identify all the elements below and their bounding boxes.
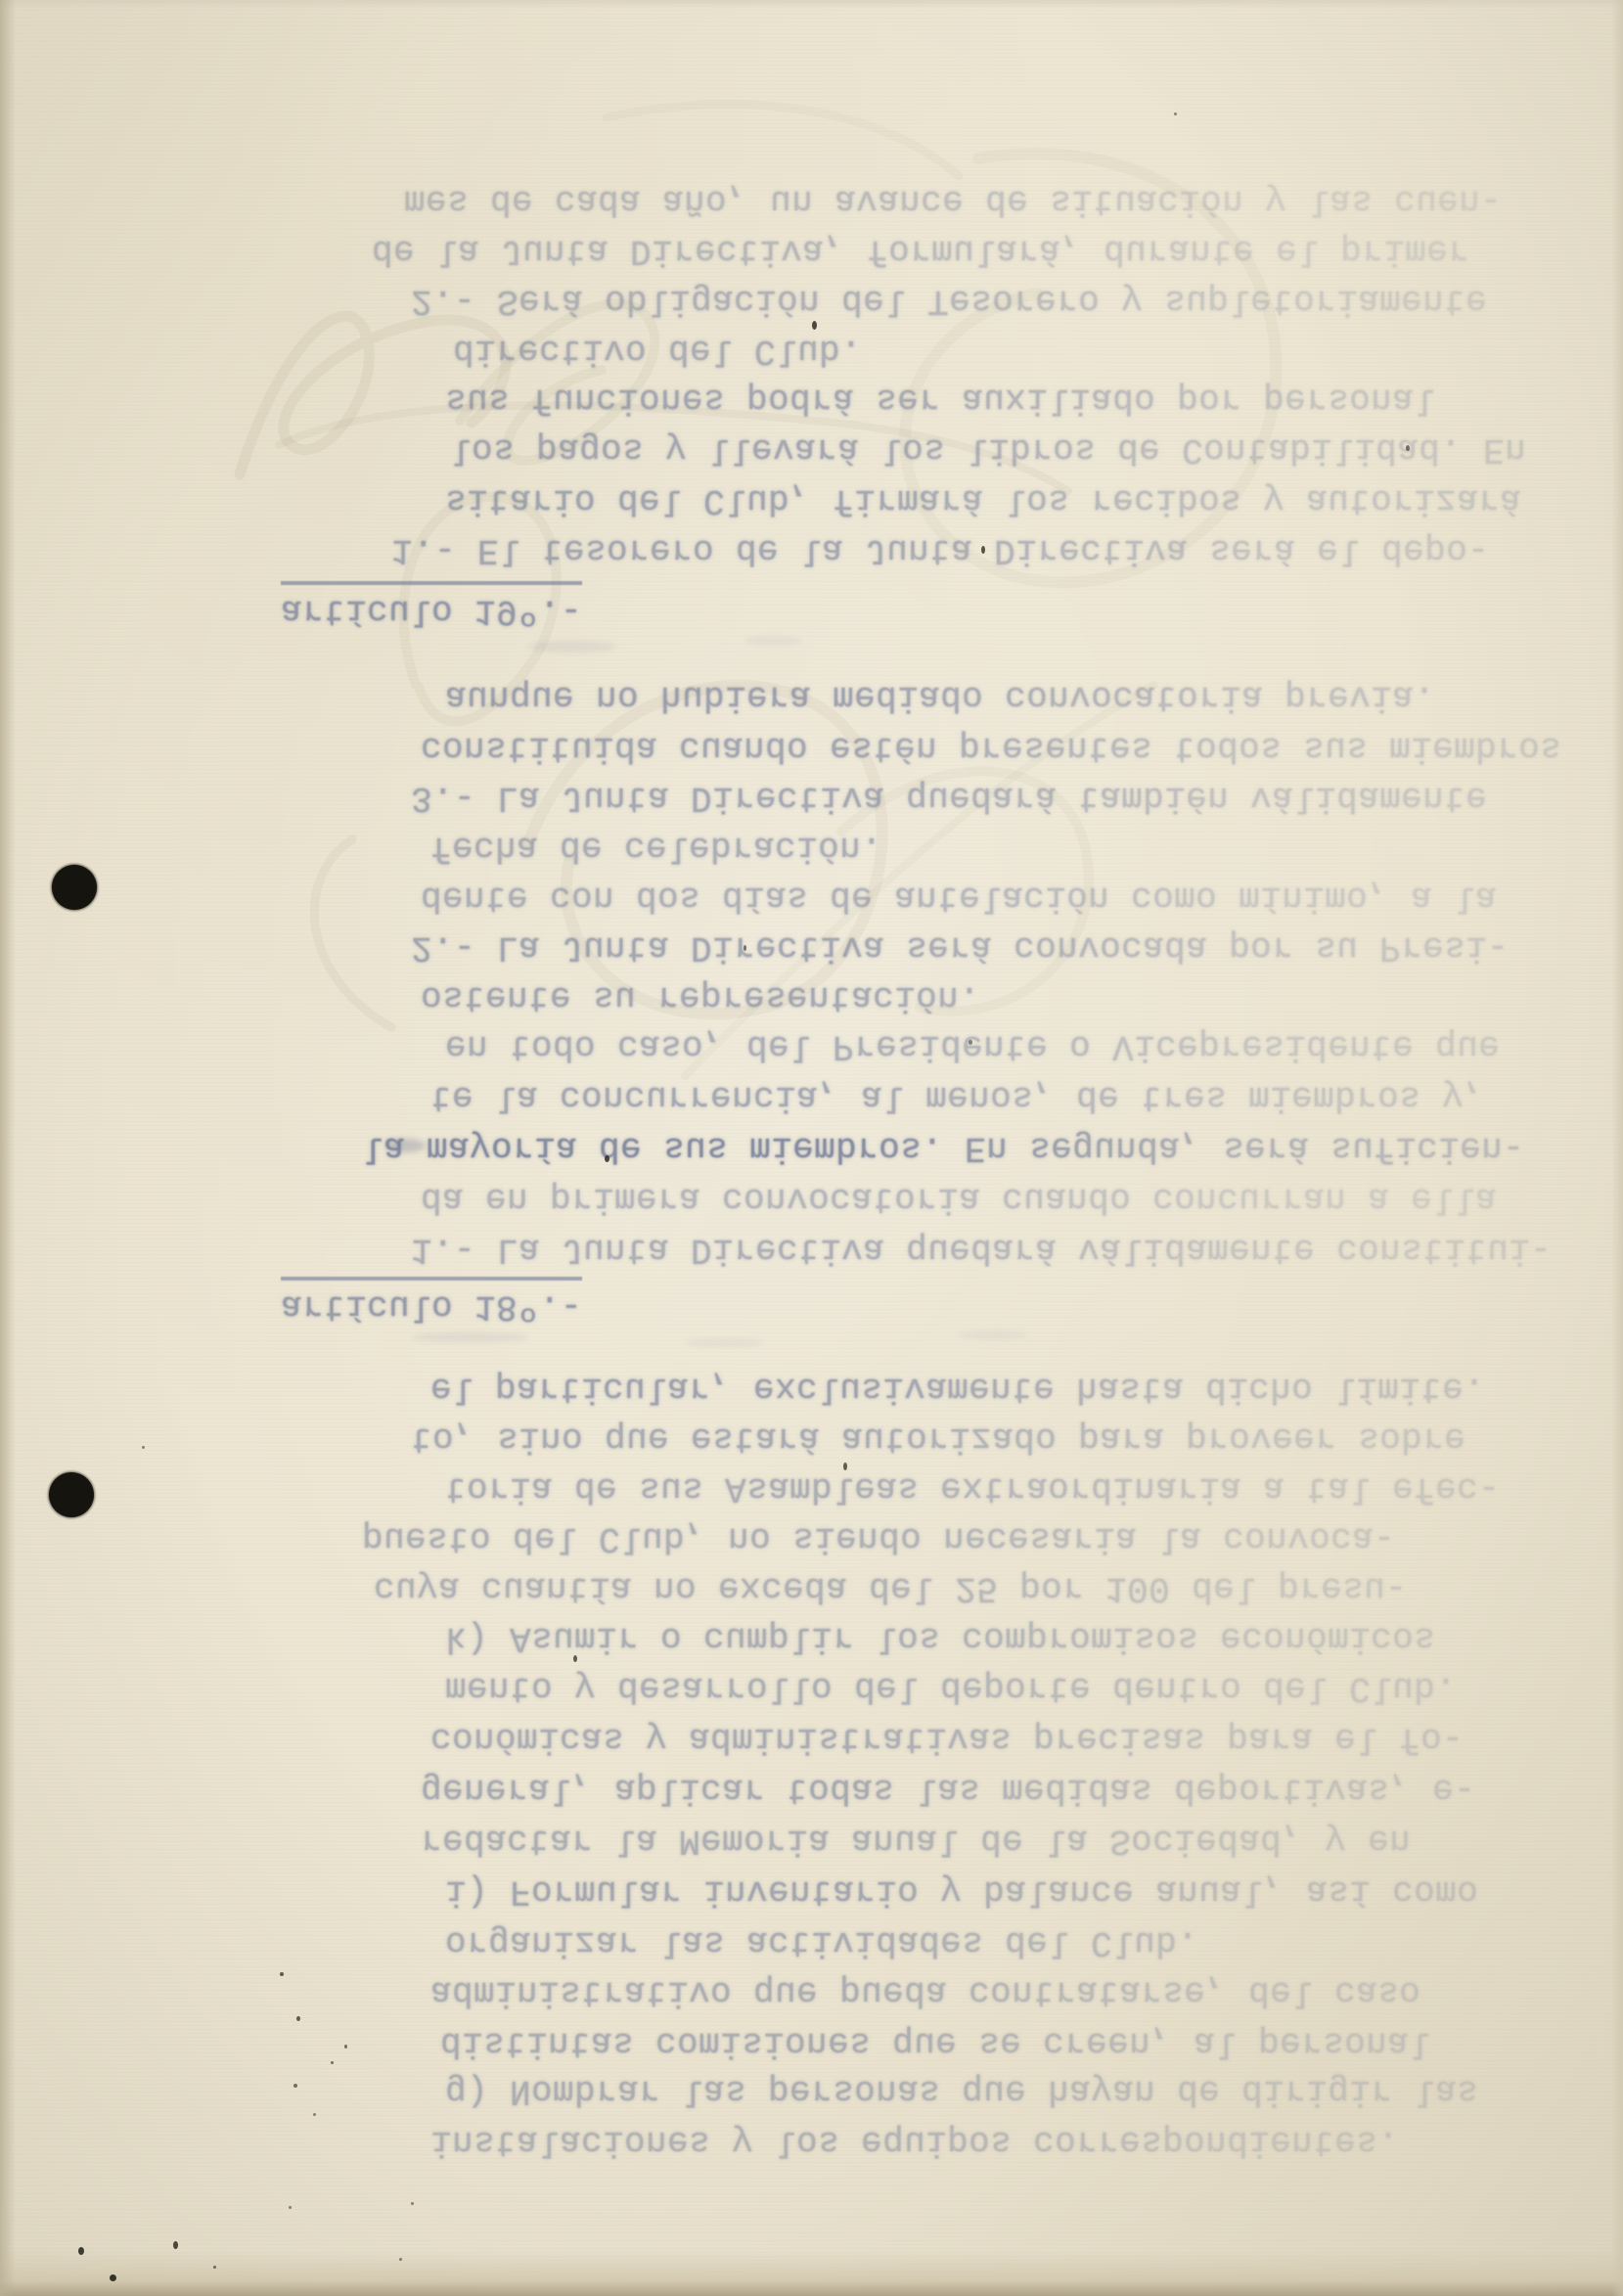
ink-speck	[213, 2266, 216, 2269]
typed-text-line: en todo caso, del Presidente o Vicepresi…	[445, 1023, 1500, 1068]
typed-text-line: conómicas y administrativas precisas par…	[430, 1716, 1464, 1761]
typed-text-line: to, sino que estará autorizado para prov…	[411, 1416, 1465, 1461]
typed-text-line: los pagos y llevará los libros de Contab…	[450, 427, 1526, 472]
typed-text-line: directivo del Club.	[453, 328, 862, 373]
typed-text-line: la mayoría de sus miembros. En segunda, …	[362, 1125, 1524, 1170]
faint-smudge	[744, 636, 802, 646]
ink-speck	[411, 2202, 414, 2205]
faint-smudge	[386, 1139, 426, 1152]
typed-text-line: general, aplicar todas las medidas depor…	[421, 1767, 1475, 1812]
ink-speck	[78, 2247, 84, 2255]
ink-speck	[812, 321, 817, 330]
typed-text-line: 2.- La Junta Directiva será convocada po…	[411, 924, 1509, 969]
typed-text-line: de la Junta Directiva, formulará, durant…	[372, 228, 1469, 273]
ink-speck	[173, 2241, 178, 2249]
typed-text-line: sitario del Club, firmará los recibos y …	[445, 477, 1521, 522]
typed-text-line: mento y desarrollo del deporte dentro de…	[445, 1665, 1457, 1710]
ink-speck	[344, 2045, 347, 2048]
faint-smudge	[959, 1330, 1027, 1339]
typed-text-line: dente con dos días de antelación como mí…	[421, 875, 1497, 920]
ink-speck	[399, 2258, 402, 2261]
faint-smudge	[685, 1338, 763, 1347]
typed-text-line: da en primera convocatoria cuando concur…	[421, 1176, 1497, 1221]
ink-speck	[969, 1040, 972, 1045]
typed-text-line: mes de cada año, un avance de situación …	[404, 178, 1502, 223]
typed-text-line: cuya cuantía no exceda del 25 por 100 de…	[374, 1565, 1407, 1610]
typed-text-line: g) Nombrar las personas que hayan de dir…	[445, 2068, 1478, 2113]
typed-text-line: 2.- Será obligación del Tesorero y suple…	[411, 278, 1487, 323]
ink-speck	[605, 1155, 609, 1162]
ink-speck	[981, 546, 985, 554]
typed-text-line: toria de sus Asambleas extraordinaria a …	[445, 1465, 1500, 1510]
ink-speck	[573, 1655, 577, 1662]
typed-text-line: organizar las actividades del Club.	[445, 1919, 1198, 1964]
typed-text-line: instalaciones y los equipos correspondie…	[430, 2119, 1399, 2164]
typed-text-line: redactar la Memoria anual de la Sociedad…	[421, 1818, 1411, 1863]
scanned-paper-page: mes de cada año, un avance de situación …	[0, 0, 1623, 2296]
typed-text-line: el particular, exclusivamente hasta dich…	[430, 1366, 1485, 1411]
ink-speck	[110, 2274, 116, 2281]
ink-speck	[1174, 113, 1177, 115]
typed-text-line: k) Asumir o cumplir los compromisos econ…	[445, 1615, 1435, 1660]
faint-smudge	[528, 641, 616, 653]
ink-speck	[142, 1446, 145, 1449]
ink-speck	[843, 1463, 847, 1470]
ink-speck	[280, 1972, 284, 1976]
typed-text-line: te la concurrencia, al menos, de tres mi…	[430, 1074, 1485, 1119]
article-heading-line: artículo 18º.-	[281, 1277, 582, 1328]
typed-text-line: i) Formular inventario y balance anual, …	[445, 1868, 1478, 1913]
typed-text-line: constituida cuando estén presentes todos…	[421, 725, 1561, 770]
typed-text-line: administrativo que pueda contratarse, de…	[430, 1969, 1420, 2014]
article-heading-line: artículo 19º.-	[281, 581, 582, 633]
hole-punch	[52, 865, 97, 910]
typed-text-line: 1.- La Junta Directiva quedará válidamen…	[411, 1227, 1552, 1272]
typed-text-line: puesto del Club, no siendo necesaria la …	[362, 1515, 1395, 1560]
typed-text-line: fecha de celebración.	[430, 825, 882, 870]
typed-text-line: 1.- El tesorero de la Junta Directiva se…	[391, 527, 1489, 572]
typed-text-line: aunque no hubiera mediado convocatoria p…	[445, 674, 1435, 719]
ink-speck	[296, 2016, 300, 2021]
ink-speck	[331, 2061, 334, 2064]
ink-speck	[293, 2084, 297, 2088]
typed-text-line: 3.- La Junta Directiva quedará también v…	[411, 775, 1487, 820]
ink-speck	[289, 2206, 292, 2209]
faint-smudge	[411, 1332, 528, 1342]
typed-text-line: ostente su representación.	[421, 974, 980, 1019]
hole-punch	[49, 1472, 94, 1517]
ink-speck	[744, 945, 746, 951]
ink-speck	[1406, 445, 1410, 451]
typed-text-line: distintas comisiones que se creen, al pe…	[440, 2020, 1430, 2065]
ink-speck	[313, 2113, 316, 2116]
typed-text-line: sus funciones podrá ser auxiliado por pe…	[445, 377, 1435, 422]
typed-text-layer: mes de cada año, un avance de situación …	[0, 0, 1623, 2296]
